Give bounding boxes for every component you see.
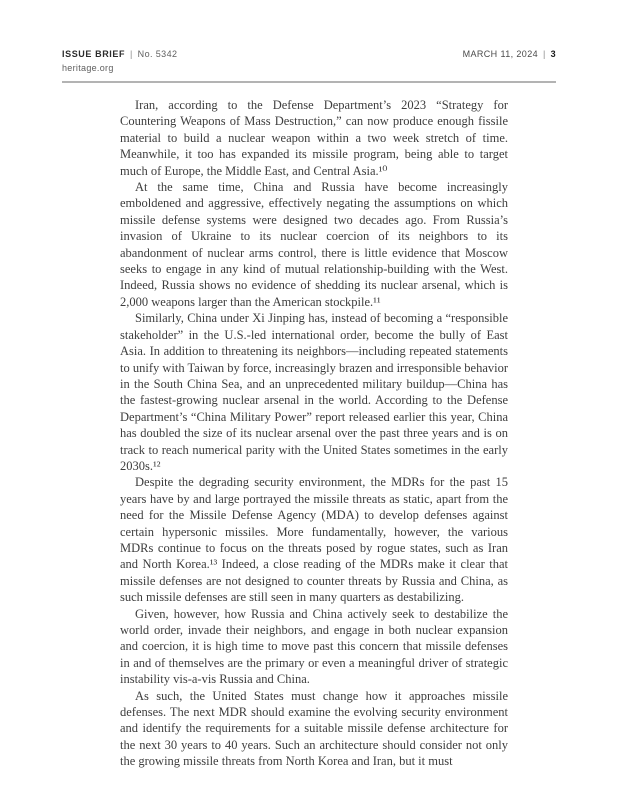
body-paragraph-4: Despite the degrading security environme…: [120, 474, 508, 605]
body-paragraph-6: As such, the United States must change h…: [120, 688, 508, 770]
site-url[interactable]: heritage.org: [62, 63, 556, 74]
issue-number: No. 5342: [138, 49, 178, 59]
header-left: ISSUE BRIEF | No. 5342: [62, 49, 177, 60]
publication-title: ISSUE BRIEF: [62, 49, 125, 59]
body-paragraph-3: Similarly, China under Xi Jinping has, i…: [120, 310, 508, 474]
page-number: 3: [551, 49, 556, 59]
document-page: ISSUE BRIEF | No. 5342 MARCH 11, 2024 | …: [0, 0, 618, 800]
header-right-separator: |: [541, 49, 548, 59]
page-header: ISSUE BRIEF | No. 5342 MARCH 11, 2024 | …: [62, 49, 556, 83]
body-paragraph-1: Iran, according to the Defense Departmen…: [120, 97, 508, 179]
header-top-row: ISSUE BRIEF | No. 5342 MARCH 11, 2024 | …: [62, 49, 556, 60]
body-paragraph-2: At the same time, China and Russia have …: [120, 179, 508, 310]
header-right: MARCH 11, 2024 | 3: [463, 49, 556, 60]
header-left-separator: |: [128, 49, 135, 59]
issue-date: MARCH 11, 2024: [463, 49, 538, 59]
body-paragraph-5: Given, however, how Russia and China act…: [120, 606, 508, 688]
header-rule: [62, 81, 556, 83]
article-body: Iran, according to the Defense Departmen…: [120, 97, 508, 770]
